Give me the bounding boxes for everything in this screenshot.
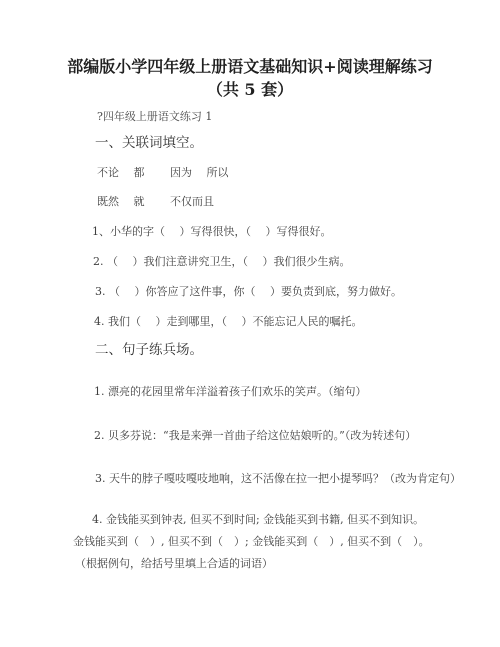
section2-item-1: 1. 漂亮的花园里常年洋溢着孩子们欢乐的笑声。（缩句） <box>94 384 367 399</box>
section1-item-4: 4. 我们（ ）走到哪里，（ ）不能忘记人民的嘱托。 <box>94 314 362 329</box>
section1-heading: 一、关联词填空。 <box>95 136 203 151</box>
section2-item-3: 3. 天牛的脖子嘎吱嘎吱地响，这不活像在拉一把小提琴吗？（改为肯定句） <box>95 471 461 486</box>
section1-item-3: 3. （ ）你答应了这件事，你（ ）要负责到底，努力做好。 <box>95 284 402 299</box>
section1-item-2: 2. （ ）我们注意讲究卫生，（ ）我们很少生病。 <box>93 254 350 269</box>
section1-word-bank-row2: 既然 就 不仅而且 <box>97 194 214 209</box>
section2-item-2: 2. 贝多芬说：“我是来弹一首曲子给这位姑娘听的。”（改为转述句） <box>94 428 416 443</box>
section2-item-4: 4. 金钱能买到钟表, 但买不到时间; 金钱能买到书籍, 但买不到知识。 <box>92 512 424 527</box>
section2-item-4-continuation: 金钱能买到（ ）, 但买不到（ ）; 金钱能买到（ ）, 但买不到（ ）。 <box>73 534 430 549</box>
document-title-line1: 部编版小学四年级上册语文基础知识+阅读理解练习 <box>0 57 500 77</box>
document-page: 部编版小学四年级上册语文基础知识+阅读理解练习 （共 5 套） ?四年级上册语文… <box>0 0 500 647</box>
section1-word-bank-row1: 不论 都 因为 所以 <box>97 165 229 180</box>
document-subtitle: ?四年级上册语文练习 1 <box>97 109 212 124</box>
section2-heading: 二、句子练兵场。 <box>95 343 203 358</box>
section1-item-1: 1、小华的字（ ）写得很快，（ ）写得很好。 <box>92 224 332 239</box>
section2-item-4-note: （根据例句，给括号里填上合适的词语） <box>75 556 273 571</box>
document-title-line2: （共 5 套） <box>0 80 500 100</box>
